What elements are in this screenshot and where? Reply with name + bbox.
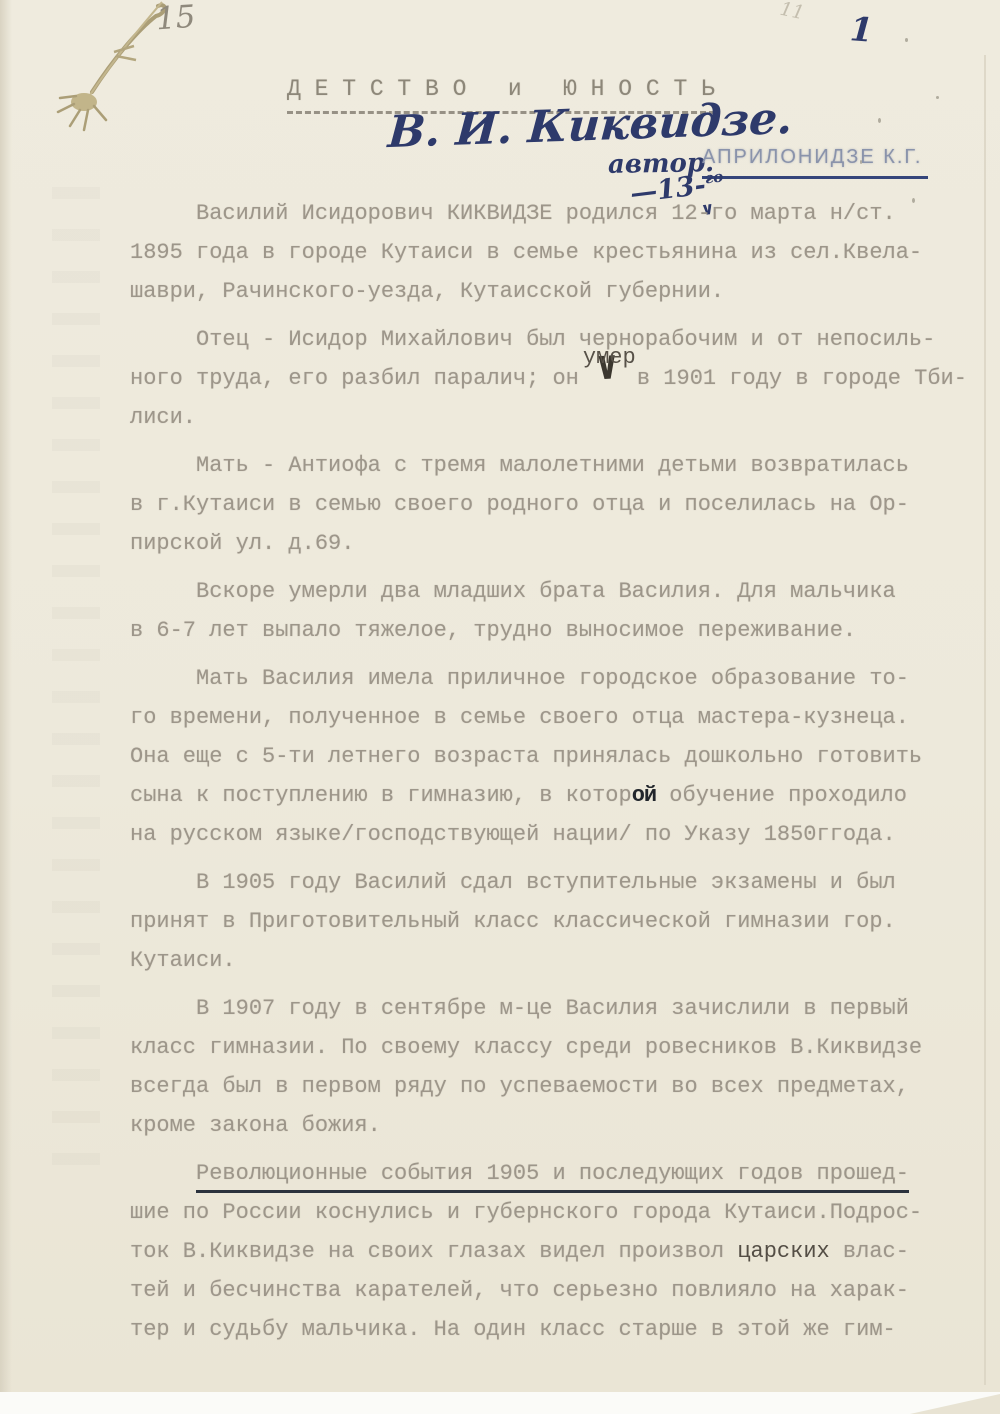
paragraph-1907-gymnasium: В 1907 году в сентябре м-це Василия зачи… — [130, 989, 975, 1145]
page-right-edge — [984, 55, 986, 1385]
paragraph-revolution: Революционные события 1905 и последующих… — [130, 1154, 975, 1349]
ghost-print-marks — [52, 185, 100, 1165]
typed-text-dark: царских — [737, 1239, 829, 1264]
page-number: 1 — [849, 9, 875, 50]
handwritten-correction-oi: ой — [632, 783, 656, 808]
pencil-number: 15 — [155, 0, 197, 37]
typed-text: Василий Исидорович КИКВИДЗЕ родился 12-г… — [130, 201, 922, 304]
ink-speckle — [936, 96, 939, 99]
author-stamp: АПРИЛОНИДЗЕ К.Г. — [702, 146, 928, 179]
document-page: 15 11 1 Д Е Т С Т В О и Ю Н О С Т Ь В. И… — [0, 0, 1000, 1392]
paragraph-birth: Василий Исидорович КИКВИДЗЕ родился 12-г… — [130, 194, 975, 311]
typed-body: Василий Исидорович КИКВИДЗЕ родился 12-г… — [130, 194, 975, 1358]
scan-background — [0, 1392, 1000, 1414]
paragraph-mother: Мать - Антиофа с тремя малолетними детьм… — [130, 446, 975, 563]
ink-speckle — [905, 38, 908, 42]
typed-text: Мать - Антиофа с тремя малолетними детьм… — [130, 453, 909, 556]
typed-insertion-umer: умер — [583, 345, 636, 370]
ink-speckle — [878, 118, 881, 123]
typed-text: В 1907 году в сентябре м-це Василия зачи… — [130, 996, 922, 1138]
paragraph-1905-exams: В 1905 году Василий сдал вступительные э… — [130, 863, 975, 980]
next-page-corner — [910, 1394, 1000, 1414]
faint-pencil-number: 11 — [778, 0, 806, 24]
paragraph-father: Отец - Исидор Михайлович был чернорабочи… — [130, 320, 975, 437]
paragraph-brothers: Вскоре умерли два младших брата Василия.… — [130, 572, 975, 650]
ink-underlined-line: Революционные события 1905 и последующих… — [196, 1161, 909, 1193]
paragraph-education: Мать Василия имела приличное городское о… — [130, 659, 975, 854]
page-left-edge — [0, 0, 12, 1392]
typed-text: Вскоре умерли два младших брата Василия.… — [130, 579, 896, 643]
typed-text: В 1905 году Василий сдал вступительные э… — [130, 870, 896, 973]
typed-text — [130, 1161, 196, 1186]
date-correction-suffix: го — [704, 167, 725, 187]
